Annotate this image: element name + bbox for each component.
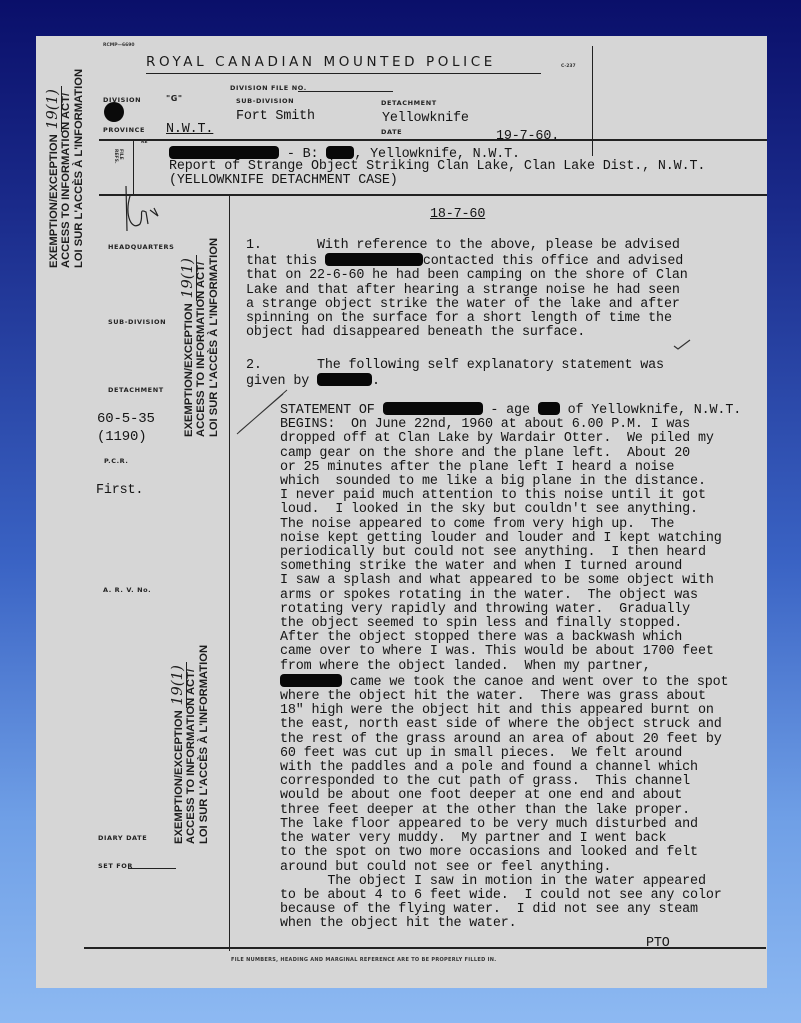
statement-line: arms or spokes rotating in the water. Th… bbox=[280, 589, 741, 603]
statement-line: where the object hit the water. There wa… bbox=[280, 690, 741, 704]
statement-line: something strike the water and when I tu… bbox=[280, 560, 741, 574]
statement: STATEMENT OF - age of Yellowknife, N.W.T… bbox=[280, 402, 741, 932]
exemption-stamp-1: EXEMPTION/EXCEPTION19(1) ACCESS TO INFOR… bbox=[46, 69, 85, 268]
footer-rule bbox=[84, 947, 766, 949]
sub-division-label: SUB-DIVISION bbox=[236, 97, 294, 105]
document-title: ROYAL CANADIAN MOUNTED POLICE bbox=[146, 54, 496, 70]
form-code: C-237 bbox=[561, 64, 576, 69]
statement-line: to the spot on two more occasions and lo… bbox=[280, 846, 741, 860]
redacted-age bbox=[538, 402, 560, 415]
subject-rule bbox=[99, 194, 767, 196]
statement-line: the water very muddy. My partner and I w… bbox=[280, 832, 741, 846]
sub-division-value: Fort Smith bbox=[236, 110, 315, 124]
statement-line: I saw a splash and what appeared to be s… bbox=[280, 574, 741, 588]
pcr-value: First. bbox=[96, 484, 143, 498]
re-label: RE bbox=[141, 140, 148, 145]
paragraph-2: 2. The following self explanatory statem… bbox=[246, 359, 664, 389]
redacted-name bbox=[317, 373, 372, 386]
header-rule bbox=[99, 139, 767, 141]
redacted-name bbox=[383, 402, 483, 415]
redacted-name bbox=[325, 253, 423, 266]
footer-instruction: FILE NUMBERS, HEADING AND MARGINAL REFER… bbox=[231, 957, 496, 963]
set-for-line bbox=[128, 868, 176, 869]
statement-line: or 25 minutes after the plane left I hea… bbox=[280, 461, 741, 475]
signature-mark bbox=[118, 186, 168, 246]
statement-line: to be about 4 to 6 feet wide. I could no… bbox=[280, 889, 741, 903]
file-refs-label: FILE REFS. bbox=[113, 149, 123, 169]
detachment-label: DETACHMENT bbox=[381, 99, 437, 107]
subject-line-3: (YELLOWKNIFE DETACHMENT CASE) bbox=[169, 174, 398, 188]
statement-line: periodically but could not see anything.… bbox=[280, 546, 741, 560]
province-label: PROVINCE bbox=[103, 126, 145, 134]
statement-line: from where the object landed. When my pa… bbox=[280, 660, 741, 674]
statement-line: 18" high were the object hit and this ap… bbox=[280, 704, 741, 718]
arv-label: A. R. V. No. bbox=[103, 586, 151, 594]
statement-line: the east, north east side of where the o… bbox=[280, 718, 741, 732]
diary-date-label: DIARY DATE bbox=[98, 834, 147, 842]
body-date-heading: 18-7-60 bbox=[430, 208, 485, 222]
statement-line: with the paddles and a pole and found a … bbox=[280, 761, 741, 775]
exemption-stamp-3: EXEMPTION/EXCEPTION19(1) ACCESS TO INFOR… bbox=[171, 645, 210, 844]
statement-line: three feet deeper at the other than the … bbox=[280, 804, 741, 818]
statement-line: loud. I looked in the sky but couldn't s… bbox=[280, 503, 741, 517]
detachment-sub-number: (1190) bbox=[97, 430, 147, 444]
detachment-value: Yellowknife bbox=[382, 112, 469, 126]
statement-line: noise kept getting louder and louder and… bbox=[280, 532, 741, 546]
statement-line: which sounded to me like a big plane in … bbox=[280, 475, 741, 489]
redaction-dot bbox=[104, 102, 124, 122]
statement-line: around but could not see or feel anythin… bbox=[280, 861, 741, 875]
form-number: RCMP—6690 bbox=[103, 43, 135, 48]
statement-line: the rest of the grass around an area of … bbox=[280, 733, 741, 747]
date-label: DATE bbox=[381, 128, 402, 136]
redacted-file bbox=[326, 146, 354, 159]
statement-line: 60 feet was cut up in small pieces. We f… bbox=[280, 747, 741, 761]
statement-line: After the object stopped there was a bac… bbox=[280, 631, 741, 645]
statement-line: The lake floor appeared to be very much … bbox=[280, 818, 741, 832]
redacted-partner-name bbox=[280, 674, 342, 687]
detachment-file-number: 60-5-35 bbox=[97, 412, 155, 426]
detachment-margin-label: DETACHMENT bbox=[108, 386, 164, 394]
statement-line: when the object hit the water. bbox=[280, 917, 741, 931]
statement-line: corresponded to the cut path of grass. T… bbox=[280, 775, 741, 789]
statement-line: The noise appeared to come from very hig… bbox=[280, 518, 741, 532]
margin-divider bbox=[229, 196, 230, 951]
redacted-name bbox=[169, 146, 279, 159]
statement-line: The object I saw in motion in the water … bbox=[280, 875, 741, 889]
paragraph-1: 1. With reference to the above, please b… bbox=[246, 239, 688, 340]
date-value: 19-7-60. bbox=[496, 130, 559, 144]
statement-line: camp gear on the shore and the plane lef… bbox=[280, 447, 741, 461]
division-value: "G" bbox=[166, 94, 183, 103]
division-file-line bbox=[298, 91, 393, 92]
statement-line: because of the flying water. I did not s… bbox=[280, 903, 741, 917]
exemption-stamp-2: EXEMPTION/EXCEPTION19(1) ACCESS TO INFOR… bbox=[181, 238, 220, 437]
statement-line: dropped off at Clan Lake by Wardair Otte… bbox=[280, 432, 741, 446]
statement-line: would be about one foot deeper at one en… bbox=[280, 789, 741, 803]
statement-line: BEGINS: On June 22nd, 1960 at about 6.00… bbox=[280, 418, 741, 432]
pcr-label: P.C.R. bbox=[104, 457, 128, 465]
rcmp-report-page: RCMP—6690 ROYAL CANADIAN MOUNTED POLICE … bbox=[36, 36, 767, 988]
division-file-label: DIVISION FILE NO. bbox=[230, 84, 307, 92]
province-value: N.W.T. bbox=[166, 123, 213, 137]
statement-line: rotating very rapidly and throwing water… bbox=[280, 603, 741, 617]
pto-note: PTO bbox=[646, 937, 670, 951]
statement-line: the object seemed to spin less and final… bbox=[280, 617, 741, 631]
title-underline bbox=[146, 73, 541, 74]
statement-line: came over to where I was. This would be … bbox=[280, 645, 741, 659]
statement-line: I never paid much attention to this nois… bbox=[280, 489, 741, 503]
sub-division-margin-label: SUB-DIVISION bbox=[108, 318, 166, 326]
